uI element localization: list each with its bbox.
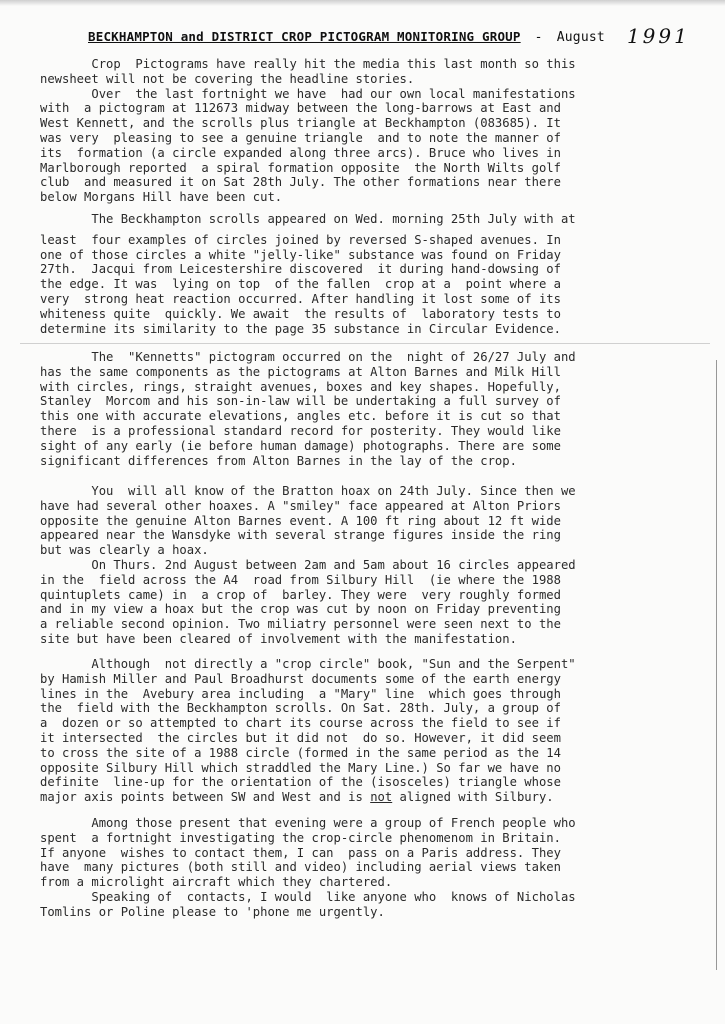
text-line: and in my view a hoax but the crop was c… <box>40 602 680 617</box>
text-line: but was clearly a hoax. <box>40 543 680 558</box>
text-line: whiteness quite quickly. We await the re… <box>40 307 680 322</box>
paragraph-intro: Crop Pictograms have really hit the medi… <box>40 57 680 205</box>
paragraph-scrolls: The Beckhampton scrolls appeared on Wed.… <box>40 212 680 336</box>
text-line: this one with accurate elevations, angle… <box>40 409 680 424</box>
text-line: with a pictogram at 112673 midway betwee… <box>40 101 680 116</box>
text-line: spent a fortnight investigating the crop… <box>40 831 680 846</box>
text-line: determine its similarity to the page 35 … <box>40 322 680 337</box>
text-line: definite line-up for the orientation of … <box>40 775 680 790</box>
issue-year-handwritten: 1991 <box>627 24 690 48</box>
text-line: The "Kennetts" pictogram occurred on the… <box>40 350 680 365</box>
text-line: from a microlight aircraft which they ch… <box>40 875 680 890</box>
paragraph-serpent: Although not directly a "crop circle" bo… <box>40 657 680 805</box>
text-line: below Morgans Hill have been cut. <box>40 190 680 205</box>
text-line: Stanley Morcom and his son-in-law will b… <box>40 394 680 409</box>
text-line: Although not directly a "crop circle" bo… <box>40 657 680 672</box>
text-line: the field with the Beckhampton scrolls. … <box>40 701 680 716</box>
text-line: with circles, rings, straight avenues, b… <box>40 380 680 395</box>
text-line: very strong heat reaction occurred. Afte… <box>40 292 680 307</box>
text-line: a reliable second opinion. Two miliatry … <box>40 617 680 632</box>
header-separator: - <box>535 30 543 45</box>
margin-rule <box>716 360 717 970</box>
text-line: club and measured it on Sat 28th July. T… <box>40 175 680 190</box>
text-line: was very pleasing to see a genuine trian… <box>40 131 680 146</box>
text-line: You will all know of the Bratton hoax on… <box>40 484 680 499</box>
text-line: On Thurs. 2nd August between 2am and 5am… <box>40 558 680 573</box>
text-line: Speaking of contacts, I would like anyon… <box>40 890 680 905</box>
issue-month: August <box>557 30 605 45</box>
text-line: have had several other hoaxes. A "smiley… <box>40 499 680 514</box>
text-line: Among those present that evening were a … <box>40 816 680 831</box>
text-line: opposite Silbury Hill which straddled th… <box>40 761 680 776</box>
text-line: its formation (a circle expanded along t… <box>40 146 680 161</box>
text-line: quintuplets came) in a crop of barley. T… <box>40 588 680 603</box>
text-line: by Hamish Miller and Paul Broadhurst doc… <box>40 672 680 687</box>
text-line: 27th. Jacqui from Leicestershire discove… <box>40 262 680 277</box>
scan-edge-shadow <box>0 0 725 6</box>
paragraph-hoaxes: You will all know of the Bratton hoax on… <box>40 484 680 647</box>
text-line: major axis points between SW and West an… <box>40 790 680 805</box>
text-line: Marlborough reported a spiral formation … <box>40 161 680 176</box>
text-line: least four examples of circles joined by… <box>40 233 680 248</box>
text-line: Over the last fortnight we have had our … <box>40 87 680 102</box>
text-line: there is a professional standard record … <box>40 424 680 439</box>
text-line: in the field across the A4 road from Sil… <box>40 573 680 588</box>
newsletter-page: BECKHAMPTON and DISTRICT CROP PICTOGRAM … <box>0 0 725 1024</box>
newsletter-header: BECKHAMPTON and DISTRICT CROP PICTOGRAM … <box>88 24 690 48</box>
text-line: Tomlins or Poline please to 'phone me ur… <box>40 905 680 920</box>
text-line: site but have been cleared of involvemen… <box>40 632 680 647</box>
section-divider <box>20 343 710 344</box>
text-line: significant differences from Alton Barne… <box>40 454 680 469</box>
text-line: If anyone wishes to contact them, I can … <box>40 846 680 861</box>
text-line: The Beckhampton scrolls appeared on Wed.… <box>40 212 680 227</box>
newsletter-title: BECKHAMPTON and DISTRICT CROP PICTOGRAM … <box>88 29 521 44</box>
text-line: opposite the genuine Alton Barnes event.… <box>40 514 680 529</box>
text-line: it intersected the circles but it did no… <box>40 731 680 746</box>
text-line: newsheet will not be covering the headli… <box>40 72 680 87</box>
text-line: the edge. It was lying on top of the fal… <box>40 277 680 292</box>
text-line: West Kennett, and the scrolls plus trian… <box>40 116 680 131</box>
text-line: has the same components as the pictogram… <box>40 365 680 380</box>
text-line: to cross the site of a 1988 circle (form… <box>40 746 680 761</box>
paragraph-kennetts: The "Kennetts" pictogram occurred on the… <box>40 350 680 468</box>
text-line: one of those circles a white "jelly-like… <box>40 248 680 263</box>
text-line: lines in the Avebury area including a "M… <box>40 687 680 702</box>
text-line: a dozen or so attempted to chart its cou… <box>40 716 680 731</box>
text-line: sight of any early (ie before human dama… <box>40 439 680 454</box>
text-line: Crop Pictograms have really hit the medi… <box>40 57 680 72</box>
paragraph-french: Among those present that evening were a … <box>40 816 680 920</box>
text-line: have many pictures (both still and video… <box>40 860 680 875</box>
text-line: appeared near the Wansdyke with several … <box>40 528 680 543</box>
